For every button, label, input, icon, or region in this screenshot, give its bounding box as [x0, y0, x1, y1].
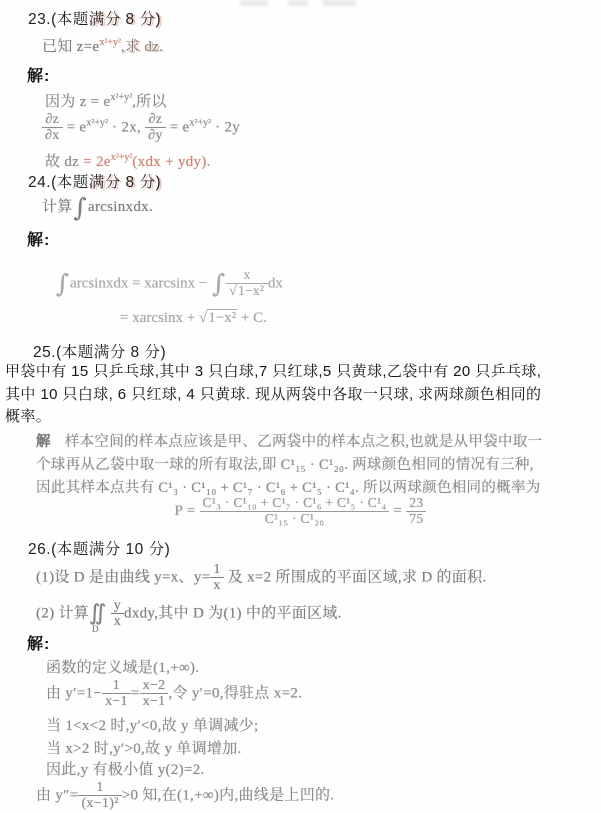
problem-23-step-1: 因为 z = ex²+y²,所以: [45, 90, 167, 111]
problem-23-number: 23.: [28, 11, 51, 28]
problem-26-solution-line-1: 函数的定义域是(1,+∞).: [46, 656, 199, 677]
problem-26-solution-line-5: 因此,y 有极小值 y(2)=2.: [46, 758, 205, 779]
problem-26-solution-label: 解:: [27, 631, 50, 654]
integral-sign: ∫: [56, 271, 69, 296]
radicand: 1−x²: [237, 283, 265, 299]
problem-24-number: 24.: [28, 174, 51, 191]
problem-26-part-1: (1)设 D 是由曲线 y=x、y=1x 及 x=2 所围成的平面区域,求 D …: [36, 562, 486, 594]
exam-solution-page: { "colors": {"typed":"#1f1f1f","scan_gra…: [0, 0, 601, 813]
sqrt-sign: √: [199, 310, 207, 326]
problem-25-number: 25.: [33, 344, 56, 361]
problem-25-solution-line-2: 个球再从乙袋中取一球的所有取法,即 C¹₁₅ · C¹₂₀. 两球颜色相同的情况…: [36, 453, 534, 474]
fraction-1-x: 1x: [210, 562, 223, 594]
fraction-combinations: C¹₃ · C¹₁₀ + C¹₇ · C¹₆ + C¹₅ · C¹₄C¹₁₅ ·…: [200, 496, 390, 527]
scan-artifact: [322, 0, 356, 6]
problem-26-part-2: (2) 计算∬Dyxdxdy,其中 D 为(1) 中的平面区域.: [36, 598, 342, 630]
problem-23-solution-label: 解:: [27, 63, 50, 86]
problem-25-statement-line-1: 甲袋中有 15 只乒乓球,其中 3 只白球,7 只红球,5 只黄球,乙袋中有 2…: [5, 360, 541, 381]
problem-26-title: 26.(本题满分 10 分): [28, 537, 170, 559]
sqrt-sign: √: [229, 284, 237, 299]
scan-artifact: [240, 0, 268, 6]
problem-25-statement-line-3: 概率。: [5, 405, 51, 426]
exponent: x²+y²: [111, 152, 133, 163]
problem-25-title: 25.(本题满分 8 分): [33, 340, 166, 362]
solution-label: 解: [36, 434, 51, 450]
scan-artifact: [288, 0, 308, 6]
problem-26-solution-line-3: 当 1<x<2 时,y′<0,故 y 单调减少;: [46, 714, 259, 735]
problem-24-given: 计算∫arcsinxdx.: [42, 195, 153, 220]
double-integral: ∬D: [89, 603, 107, 625]
fraction-dz-dx: ∂z∂x: [42, 112, 63, 144]
problem-26-solution-line-6: 由 y″=1(x−1)²>0 知,在(1,+∞)内,曲线是上凹的.: [36, 780, 334, 812]
fraction-y-x: yx: [111, 598, 124, 630]
problem-23-step-2: ∂z∂x = ex²+y² · 2x, ∂z∂y = ex²+y² · 2y: [42, 112, 240, 144]
problem-26-number: 26.: [28, 541, 51, 558]
problem-23-given: 已知 z=ex²+y²,求 dz.: [42, 35, 163, 56]
exponent: x²+y²: [99, 37, 121, 48]
fraction-23-75: 2375: [406, 496, 426, 527]
problem-25-solution-line-3: 因此其样本点共有 C¹₃ · C¹₁₀ + C¹₇ · C¹₆ + C¹₅ · …: [36, 476, 541, 497]
problem-24-result: = xarcsinx + √1−x² + C.: [120, 310, 267, 327]
problem-24-title: 24.(本题满分 8 分): [28, 170, 161, 192]
problem-25-solution-line-1: 解样本空间的样本点应该是甲、乙两袋中的样本点之积,也就是从甲袋中取一: [36, 430, 542, 451]
integral-region-label: D: [92, 624, 99, 634]
problem-25-statement-line-2: 其中 10 只白球, 6 只红球, 4 只黄球. 现从两袋中各取一只球, 求两球…: [5, 383, 541, 404]
exponent: x²+y²: [86, 117, 108, 128]
problem-24-step-1: ∫arcsinxdx = xarcsinx − ∫x√1−x²dx: [55, 268, 283, 300]
exponent: x²+y²: [110, 92, 132, 103]
fraction-dz-dy: ∂z∂y: [145, 112, 166, 144]
problem-26-solution-line-4: 当 x>2 时,y′>0,故 y 单调增加.: [46, 737, 242, 758]
red-marked-result: = 2ex²+y²(xdx + ydy).: [83, 154, 211, 170]
integral-sign: ∫: [74, 195, 87, 220]
problem-24-solution-label: 解:: [27, 227, 50, 250]
problem-25-probability-formula: P = C¹₃ · C¹₁₀ + C¹₇ · C¹₆ + C¹₅ · C¹₄C¹…: [0, 496, 601, 527]
fraction-second-derivative: 1(x−1)²: [78, 780, 121, 812]
fraction-1-over-x-1: 1x−1: [102, 678, 131, 710]
fraction-x-over-sqrt: x√1−x²: [226, 268, 268, 300]
problem-26-solution-line-2: 由 y′=1−1x−1=x−2x−1,令 y′=0,得驻点 x=2.: [46, 678, 302, 710]
exponent: x²+y²: [189, 117, 211, 128]
problem-23-result: 故 dz = 2ex²+y²(xdx + ydy).: [45, 150, 211, 171]
fraction-x-2-over-x-1: x−2x−1: [140, 678, 169, 710]
integral-sign: ∫: [212, 271, 225, 296]
problem-23-title: 23.(本题满分 8 分): [28, 7, 161, 29]
red-mark-ghost: 满分 8 分): [89, 174, 161, 191]
radicand: 1−x²: [207, 309, 237, 326]
red-mark-ghost: 满分 8 分): [89, 11, 161, 28]
